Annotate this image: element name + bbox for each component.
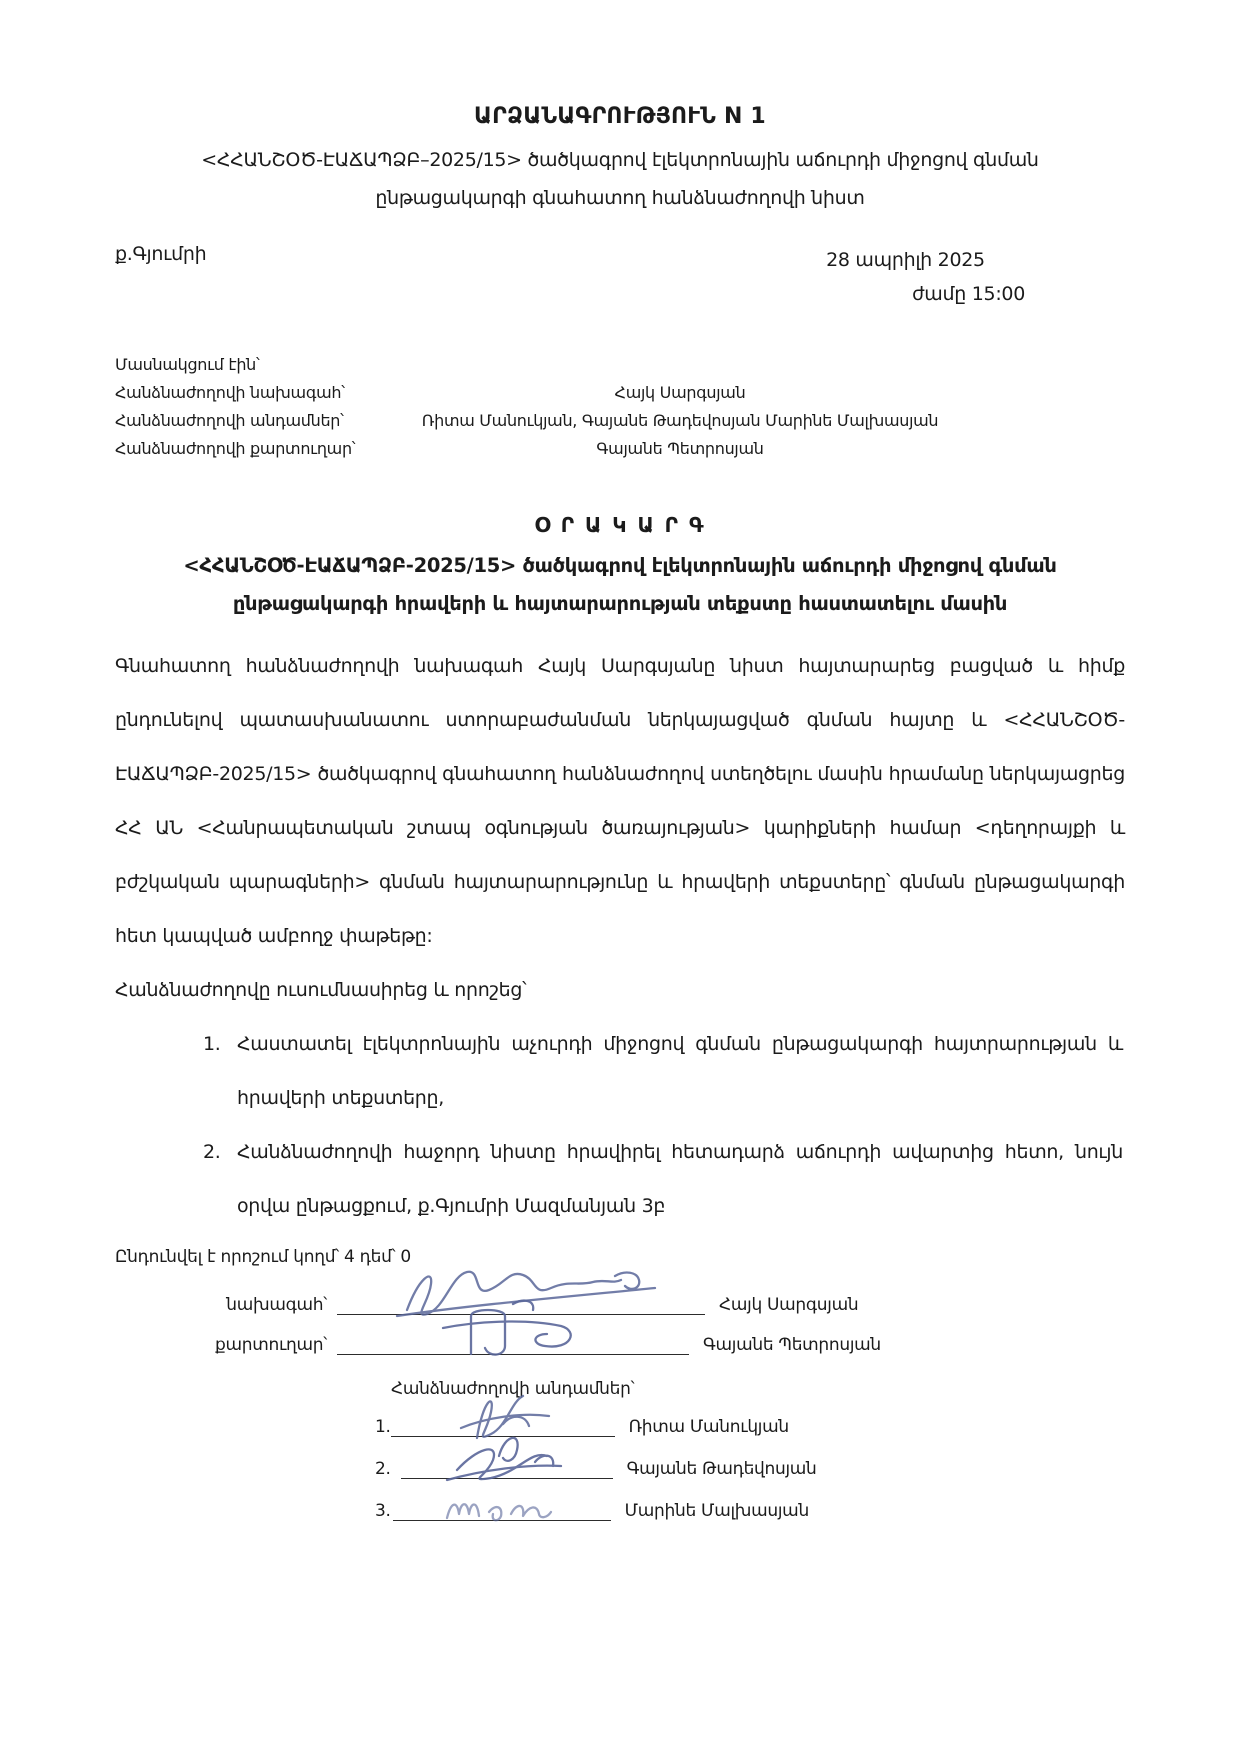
signature-line — [401, 1457, 613, 1479]
chairman-signature-handwriting-icon — [393, 1260, 693, 1326]
decision-item: 1. Հաստատել էլեկտրոնային աչուրդի միջոցով… — [203, 1017, 1125, 1125]
secretary-name: Գայանե Պետրոսյան — [703, 1335, 881, 1355]
participant-names: Գայանե Պետրոսյան — [391, 435, 969, 463]
agenda-subject: <ՀՀԱՆՇՕԾ-ԷԱՃԱՊՁԲ-2025/15> ծածկագրով էլեկ… — [165, 547, 1075, 623]
participant-row-secretary: Հանձնաժողովի քարտուղար՝ Գայանե Պետրոսյան — [115, 435, 1125, 463]
member-name: Մարինե Մալխասյան — [625, 1501, 809, 1521]
participants-intro: Մասնակցում էին՝ — [115, 351, 1125, 379]
member-number: 2. — [375, 1459, 391, 1479]
decisions-list: 1. Հաստատել էլեկտրոնային աչուրդի միջոցով… — [115, 1017, 1125, 1233]
signature-row-chairman: նախագահ՝ Հայկ Սարգսյան — [115, 1293, 1125, 1315]
participant-names: Հայկ Սարգսյան — [391, 379, 969, 407]
signature-line — [337, 1293, 705, 1315]
member-number: 3. — [375, 1501, 391, 1521]
participants-section: Մասնակցում էին՝ Հանձնաժողովի նախագահ՝ Հա… — [115, 351, 1125, 463]
signatures-section: նախագահ՝ Հայկ Սարգսյան քարտուղար՝ — [115, 1293, 1125, 1521]
member-number: 1. — [375, 1417, 391, 1437]
member-signature-row: 1. Ռիտա Մանուկյան — [375, 1415, 1125, 1437]
decision-number: 2. — [203, 1125, 237, 1233]
meeting-place: ք.Գյումրի — [115, 243, 206, 311]
signature-label: քարտուղար՝ — [115, 1335, 327, 1355]
signature-row-secretary: քարտուղար՝ Գայանե Պետրոսյան — [115, 1333, 1125, 1355]
participant-role: Հանձնաժողովի անդամներ՝ — [115, 407, 391, 435]
decision-number: 1. — [203, 1017, 237, 1125]
member-signature-row: 2. Գայանե Թադեվոսյան — [375, 1457, 1125, 1479]
signature-label: նախագահ՝ — [115, 1295, 327, 1315]
participant-role: Հանձնաժողովի նախագահ՝ — [115, 379, 391, 407]
chairman-name: Հայկ Սարգսյան — [719, 1295, 858, 1315]
protocol-document-page: ԱՐՁԱՆԱԳՐՈՒԹՅՈՒՆ N 1 <ՀՀԱՆՇՕԾ-ԷԱՃԱՊՁԲ–202… — [0, 0, 1241, 1755]
decision-text: Հաստատել էլեկտրոնային աչուրդի միջոցով գն… — [237, 1017, 1125, 1125]
signature-line — [391, 1415, 615, 1437]
members-signatures-heading: Հանձնաժողովի անդամներ՝ — [391, 1379, 1125, 1399]
place-date-row: ք.Գյումրի 28 ապրիլի 2025 ժամը 15:00 — [115, 243, 1125, 311]
resolution-intro: Հանձնաժողովը ուսումնասիրեց և որոշեց՝ — [115, 963, 1125, 1017]
member-signature-row: 3. Մարինե Մալխասյան — [375, 1499, 1125, 1521]
vote-result-line: Ընդունվել է որոշում կողմ՝ 4 դեմ՝ 0 — [115, 1247, 1125, 1267]
meeting-datetime: 28 ապրիլի 2025 ժամը 15:00 — [826, 243, 1025, 311]
document-subtitle: <ՀՀԱՆՇՕԾ-ԷԱՃԱՊՁԲ–2025/15> ծածկագրով էլեկ… — [180, 141, 1060, 217]
meeting-time: ժամը 15:00 — [912, 277, 1025, 311]
decision-text: Հանձնաժողովի հաջորդ նիստը հրավիրել հետադ… — [237, 1125, 1125, 1233]
signature-line — [337, 1333, 689, 1355]
body-paragraph: Գնահատող հանձնաժողովի նախագահ Հայկ Սարգս… — [115, 639, 1125, 963]
member-name: Գայանե Թադեվոսյան — [627, 1459, 817, 1479]
participant-names: Ռիտա Մանուկյան, Գայանե Թադեվոսյան Մարինե… — [391, 407, 969, 435]
member-name: Ռիտա Մանուկյան — [629, 1417, 789, 1437]
participant-role: Հանձնաժողովի քարտուղար՝ — [115, 435, 391, 463]
agenda-heading: Օ Ր Ա Կ Ա Ր Գ — [115, 513, 1125, 537]
participant-row-members: Հանձնաժողովի անդամներ՝ Ռիտա Մանուկյան, Գ… — [115, 407, 1125, 435]
signature-line — [393, 1499, 611, 1521]
participant-row-chairman: Հանձնաժողովի նախագահ՝ Հայկ Սարգսյան — [115, 379, 1125, 407]
decision-item: 2. Հանձնաժողովի հաջորդ նիստը հրավիրել հե… — [203, 1125, 1125, 1233]
page-title: ԱՐՁԱՆԱԳՐՈՒԹՅՈՒՆ N 1 — [115, 104, 1125, 129]
meeting-date: 28 ապրիլի 2025 — [826, 243, 1025, 277]
member-signature-handwriting-icon — [437, 1482, 567, 1526]
